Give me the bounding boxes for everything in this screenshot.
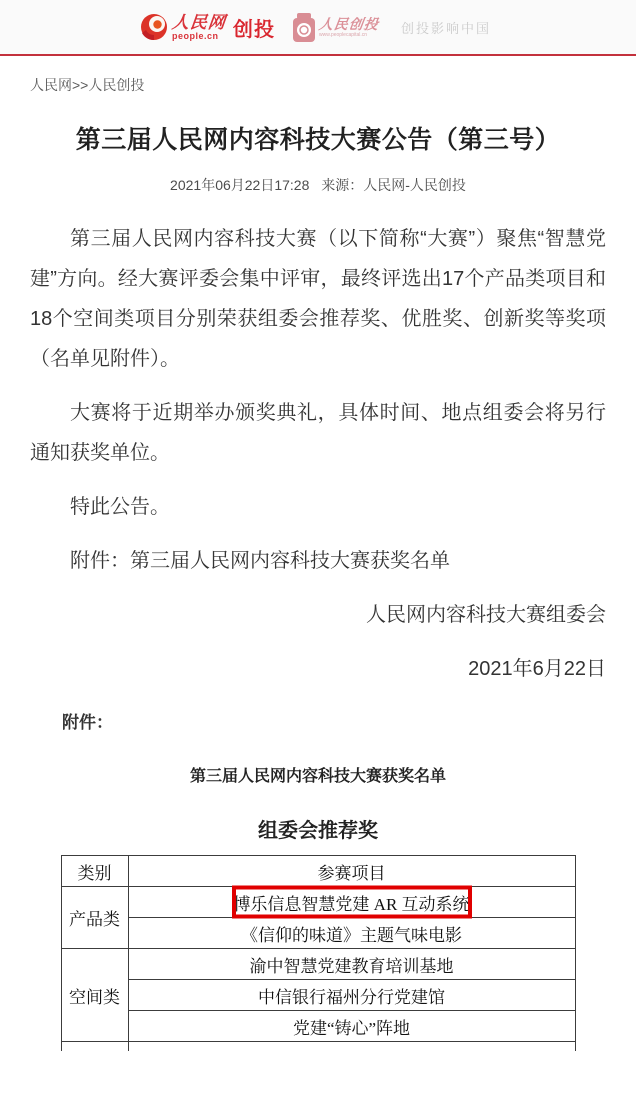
project-cell-yuzhong-base: 渝中智慧党建教育培训基地 (128, 949, 575, 980)
article-container: 人民网>>人民创投 第三届人民网内容科技大赛公告（第三号） 2021年06月22… (0, 75, 636, 1051)
site-header: 人民网 people.cn 创投 人民创投 www.peoplecapital.… (0, 0, 636, 56)
signature-date: 2021年6月22日 (30, 649, 606, 689)
people-capital-seal-icon (293, 13, 315, 42)
breadcrumb: 人民网>>人民创投 (30, 75, 606, 95)
award-category-title: 组委会推荐奖 (30, 811, 606, 851)
people-cn-wordmark: 人民网 people.cn (172, 14, 226, 41)
people-cn-domain: people.cn (172, 32, 226, 41)
breadcrumb-link-people[interactable]: 人民网 (30, 77, 72, 93)
article-title: 第三届人民网内容科技大赛公告（第三号） (30, 123, 606, 157)
signature: 人民网内容科技大赛组委会 (30, 595, 606, 635)
people-cn-swirl-icon (140, 13, 168, 41)
table-row: 中信银行福州分行党建馆 (61, 980, 575, 1011)
people-capital-name: 人民创投 (318, 17, 380, 31)
category-cell-product: 产品类 (61, 887, 128, 949)
attachment-label: 附件： (62, 703, 606, 743)
people-capital-wordmark: 人民创投 www.peoplecapital.cn (319, 17, 379, 38)
header-tagline: 创投影响中国 (401, 18, 491, 37)
people-capital-url: www.peoplecapital.cn (319, 33, 379, 38)
award-list-title: 第三届人民网内容科技大赛获奖名单 (30, 757, 606, 797)
category-cell-space: 空间类 (61, 949, 128, 1042)
table-cutoff-continuation (61, 1042, 576, 1051)
chuangtou-label: 创投 (233, 13, 275, 42)
project-cell-zhuxin-front: 党建“铸心”阵地 (128, 1011, 575, 1042)
breadcrumb-separator: >> (72, 77, 88, 93)
paragraph-ceremony: 大赛将于近期举办颁奖典礼，具体时间、地点组委会将另行通知获奖单位。 (30, 393, 606, 473)
table-header-row: 类别 参赛项目 (61, 856, 575, 887)
table-row: 空间类 渝中智慧党建教育培训基地 (61, 949, 575, 980)
people-capital-logo[interactable]: 人民创投 www.peoplecapital.cn (293, 13, 379, 42)
award-table: 类别 参赛项目 产品类 博乐信息智慧党建 AR 互动系统 《信仰的味道》主题气味… (61, 855, 576, 1042)
paragraph-attachment-ref: 附件：第三届人民网内容科技大赛获奖名单 (30, 541, 606, 581)
project-cell-citic-hall: 中信银行福州分行党建馆 (128, 980, 575, 1011)
article-source: 来源：人民网-人民创投 (321, 177, 466, 193)
people-cn-logo[interactable]: 人民网 people.cn 创投 (140, 13, 275, 42)
paragraph-closing: 特此公告。 (30, 487, 606, 527)
column-header-project: 参赛项目 (128, 856, 575, 887)
article-meta: 2021年06月22日17:28 来源：人民网-人民创投 (30, 175, 606, 195)
project-cell-bole-ar: 博乐信息智慧党建 AR 互动系统 (128, 887, 575, 918)
column-header-category: 类别 (61, 856, 128, 887)
paragraph-intro: 第三届人民网内容科技大赛（以下简称“大赛”）聚焦“智慧党建”方向。经大赛评委会集… (30, 219, 606, 379)
people-cn-name: 人民网 (171, 14, 227, 31)
project-label: 博乐信息智慧党建 AR 互动系统 (233, 895, 469, 914)
project-cell-faith-movie: 《信仰的味道》主题气味电影 (128, 918, 575, 949)
table-row: 《信仰的味道》主题气味电影 (61, 918, 575, 949)
table-row: 产品类 博乐信息智慧党建 AR 互动系统 (61, 887, 575, 918)
table-row: 党建“铸心”阵地 (61, 1011, 575, 1042)
publish-datetime: 2021年06月22日17:28 (170, 177, 309, 193)
breadcrumb-link-chuangtou[interactable]: 人民创投 (88, 77, 144, 93)
